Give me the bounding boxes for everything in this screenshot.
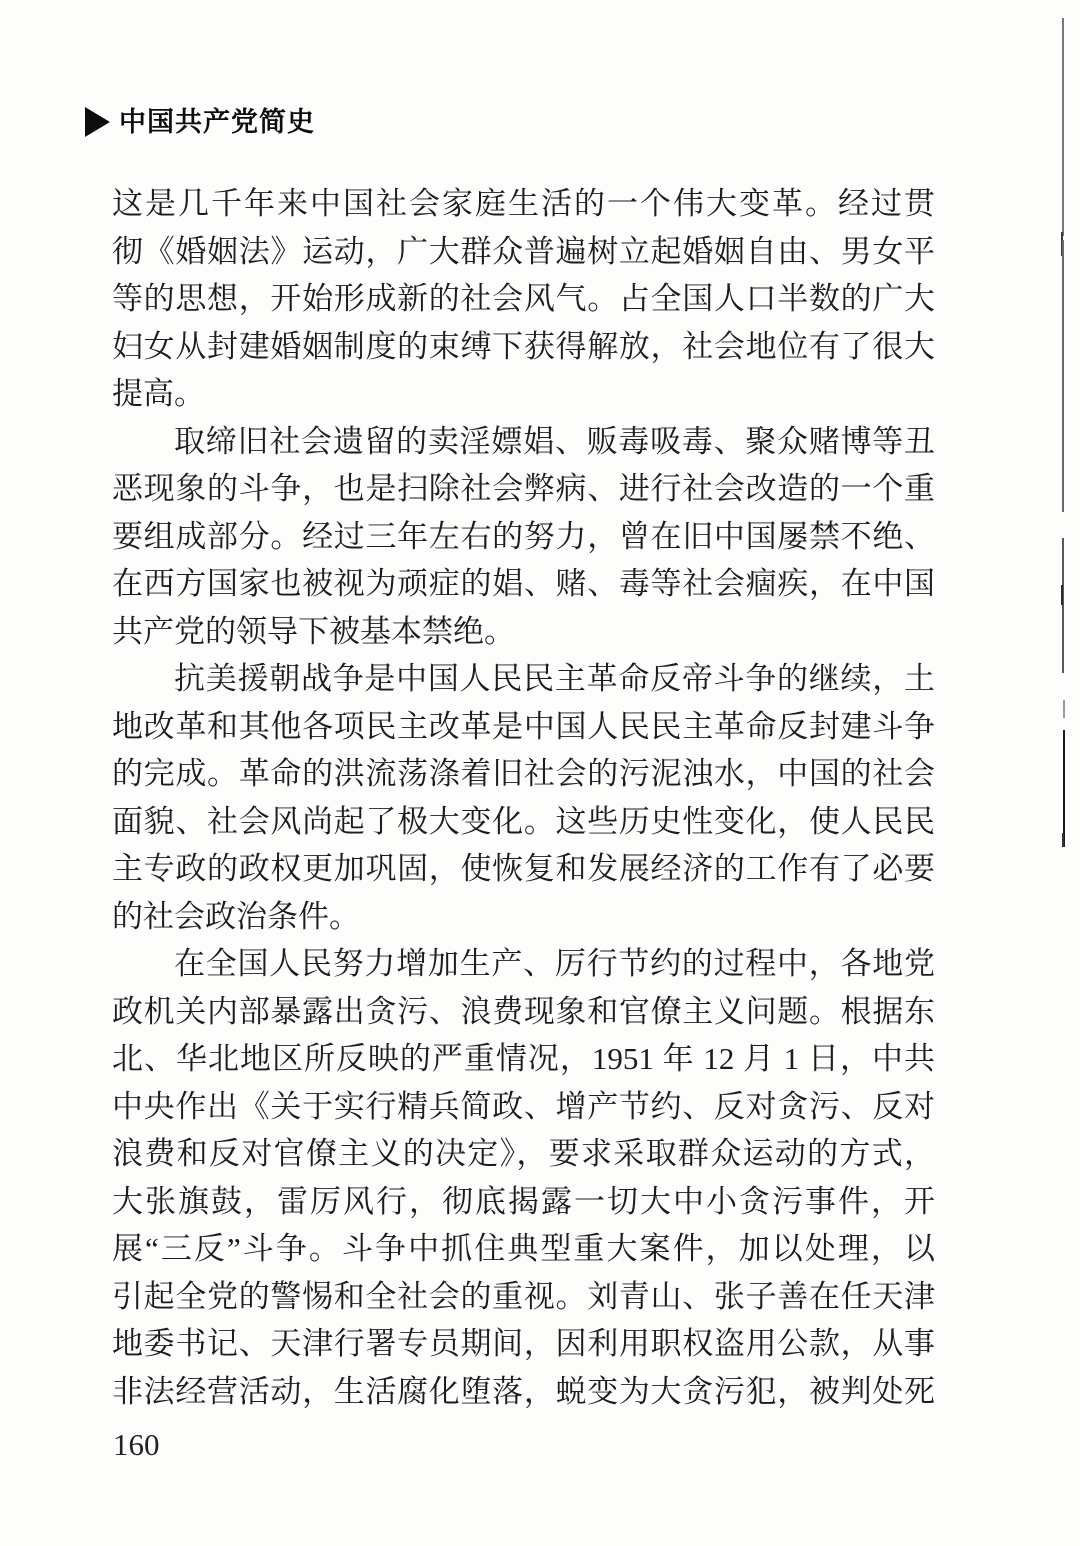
text-line: 在全国人民努力增加生产、厉行节约的过程中，各地党 <box>112 940 935 988</box>
text-line: 浪费和反对官僚主义的决定》，要求采取群众运动的方式， <box>112 1130 935 1178</box>
scan-line-blob <box>1062 833 1064 847</box>
text-line: 主专政的政权更加巩固，使恢复和发展经济的工作有了必要 <box>112 845 935 893</box>
text-line: 政机关内部暴露出贪污、浪费现象和官僚主义问题。根据东 <box>112 988 935 1036</box>
text-line: 等的思想，开始形成新的社会风气。占全国人口半数的广大 <box>112 275 935 323</box>
scan-line-segment <box>1063 700 1065 718</box>
text-line: 取缔旧社会遗留的卖淫嫖娼、贩毒吸毒、聚众赌博等丑 <box>112 418 935 466</box>
text-line: 大张旗鼓，雷厉风行，彻底揭露一切大中小贪污事件，开 <box>112 1178 935 1226</box>
text-line: 展“三反”斗争。斗争中抓住典型重大案件，加以处理，以 <box>112 1225 935 1273</box>
text-line: 非法经营活动，生活腐化堕落，蜕变为大贪污犯，被判处死 <box>112 1368 935 1416</box>
text-line: 抗美援朝战争是中国人民民主革命反帝斗争的继续，土 <box>112 655 935 703</box>
text-line: 地委书记、天津行署专员期间，因利用职权盗用公款，从事 <box>112 1320 935 1368</box>
text-line: 的完成。革命的洪流荡涤着旧社会的污泥浊水，中国的社会 <box>112 750 935 798</box>
scan-line-segment <box>1062 538 1064 673</box>
scan-line-segment <box>1063 730 1065 847</box>
text-line: 要组成部分。经过三年左右的努力，曾在旧中国屡禁不绝、 <box>112 513 935 561</box>
text-line: 北、华北地区所反映的严重情况，1951 年 12 月 1 日，中共 <box>112 1035 935 1083</box>
scan-line-blob <box>1061 585 1063 605</box>
text-line: 面貌、社会风尚起了极大变化。这些历史性变化，使人民民 <box>112 798 935 846</box>
text-line: 恶现象的斗争，也是扫除社会弊病、进行社会改造的一个重 <box>112 465 935 513</box>
scan-line-segment <box>1062 18 1064 236</box>
book-title: 中国共产党简史 <box>119 106 315 138</box>
text-line: 共产党的领导下被基本禁绝。 <box>112 608 935 656</box>
text-line: 提高。 <box>112 370 935 418</box>
text-line: 在西方国家也被视为顽症的娼、赌、毒等社会痼疾，在中国 <box>112 560 935 608</box>
text-line: 中央作出《关于实行精兵简政、增产节约、反对贪污、反对 <box>112 1083 935 1131</box>
page-number: 160 <box>113 1425 160 1465</box>
running-header: 中国共产党简史 <box>85 106 315 138</box>
scan-line-segment <box>1062 240 1064 512</box>
text-line: 妇女从封建婚姻制度的束缚下获得解放，社会地位有了很大 <box>112 323 935 371</box>
text-line: 引起全党的警惕和全社会的重视。刘青山、张子善在任天津 <box>112 1273 935 1321</box>
text-line: 彻《婚姻法》运动，广大群众普遍树立起婚姻自由、男女平 <box>112 228 935 276</box>
text-line: 这是几千年来中国社会家庭生活的一个伟大变革。经过贯 <box>112 180 935 228</box>
triangle-bullet-icon <box>85 107 110 137</box>
text-line: 地改革和其他各项民主改革是中国人民民主革命反封建斗争 <box>112 703 935 751</box>
body-text: 这是几千年来中国社会家庭生活的一个伟大变革。经过贯彻《婚姻法》运动，广大群众普遍… <box>112 180 935 1415</box>
text-line: 的社会政治条件。 <box>112 893 935 941</box>
book-page: 中国共产党简史 这是几千年来中国社会家庭生活的一个伟大变革。经过贯彻《婚姻法》运… <box>0 0 1080 1546</box>
